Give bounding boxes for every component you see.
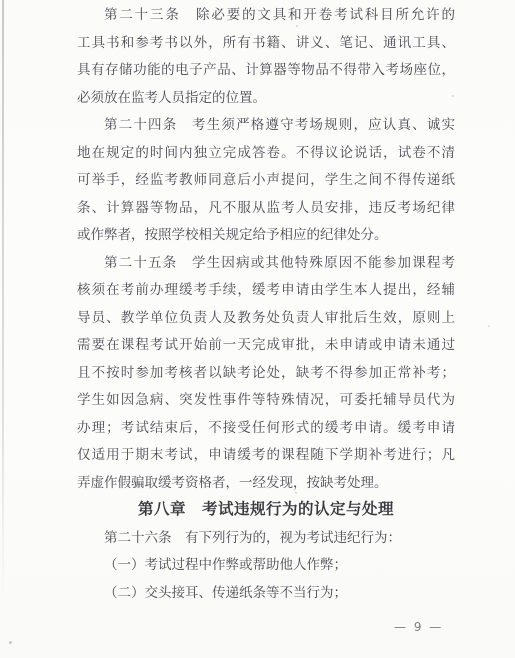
text-line: 第二十四条 考生须严格遵守考场规则，应认真、诚实 [77,111,455,139]
text-line: 可举手，经监考教师同意后小声提问，学生之间不得传递纸 [77,166,455,194]
text-line: 地在规定的时间内独立完成答卷。不得议论说话，试卷不清 [77,139,455,167]
page-number: — 9 — [394,620,443,634]
text-line: 仅适用于期末考试，申请缓考的课程随下学期补考进行；凡 [77,441,455,469]
text-line: 具有存储功能的电子产品、计算器等物品不得带入考场座位， [77,56,455,84]
text-line: 办理；考试结束后，不接受任何形式的缓考申请。缓考申请 [77,414,455,442]
text-line: 导员、教学单位负责人及教务处负责人审批后生效，原则上 [77,304,455,332]
scan-speck [452,95,454,97]
text-line: 核须在考前办理缓考手续，缓考申请由学生本人提出，经辅 [77,276,455,304]
scan-edge-line [2,0,4,600]
text-line: 必须放在监考人员指定的位置。 [77,84,455,112]
scan-speck [488,325,490,327]
text-line: 需要在课程考试开始前一天完成审批，未申请或申请未通过 [77,331,455,359]
chapter-heading: 第八章 考试违规行为的认定与处理 [77,496,455,524]
text-line: 工具书和参考书以外，所有书籍、讲义、笔记、通讯工具、 [77,29,455,57]
text-line: 弄虚作假骗取缓考资格者，一经发现，按缺考处理。 [77,469,455,497]
document-page: 第二十三条 除必要的文具和开卷考试科目所允许的工具书和参考书以外，所有书籍、讲义… [0,0,515,658]
text-line: 第二十五条 学生因病或其他特殊原因不能参加课程考 [77,249,455,277]
scan-speck [9,641,12,644]
scan-speck [295,492,297,494]
text-line: 且不按时参加考核者以缺考论处，缺考不得参加正常补考； [77,359,455,387]
text-line: （二）交头接耳、传递纸条等不当行为； [77,579,455,607]
text-line: 或作弊者，按照学校相关规定给予相应的纪律处分。 [77,221,455,249]
text-line: 第二十六条 有下列行为的，视为考试违纪行为： [77,524,455,552]
text-line: 第二十三条 除必要的文具和开卷考试科目所允许的 [77,1,455,29]
text-line: 条、计算器等物品，凡不服从监考人员安排，违反考场纪律 [77,194,455,222]
document-body: 第二十三条 除必要的文具和开卷考试科目所允许的工具书和参考书以外，所有书籍、讲义… [77,1,455,606]
text-line: （一）考试过程中作弊或帮助他人作弊； [77,551,455,579]
text-line: 学生如因急病、突发性事件等特殊情况，可委托辅导员代为 [77,386,455,414]
scan-speck [355,285,358,288]
scan-speck [296,25,298,27]
